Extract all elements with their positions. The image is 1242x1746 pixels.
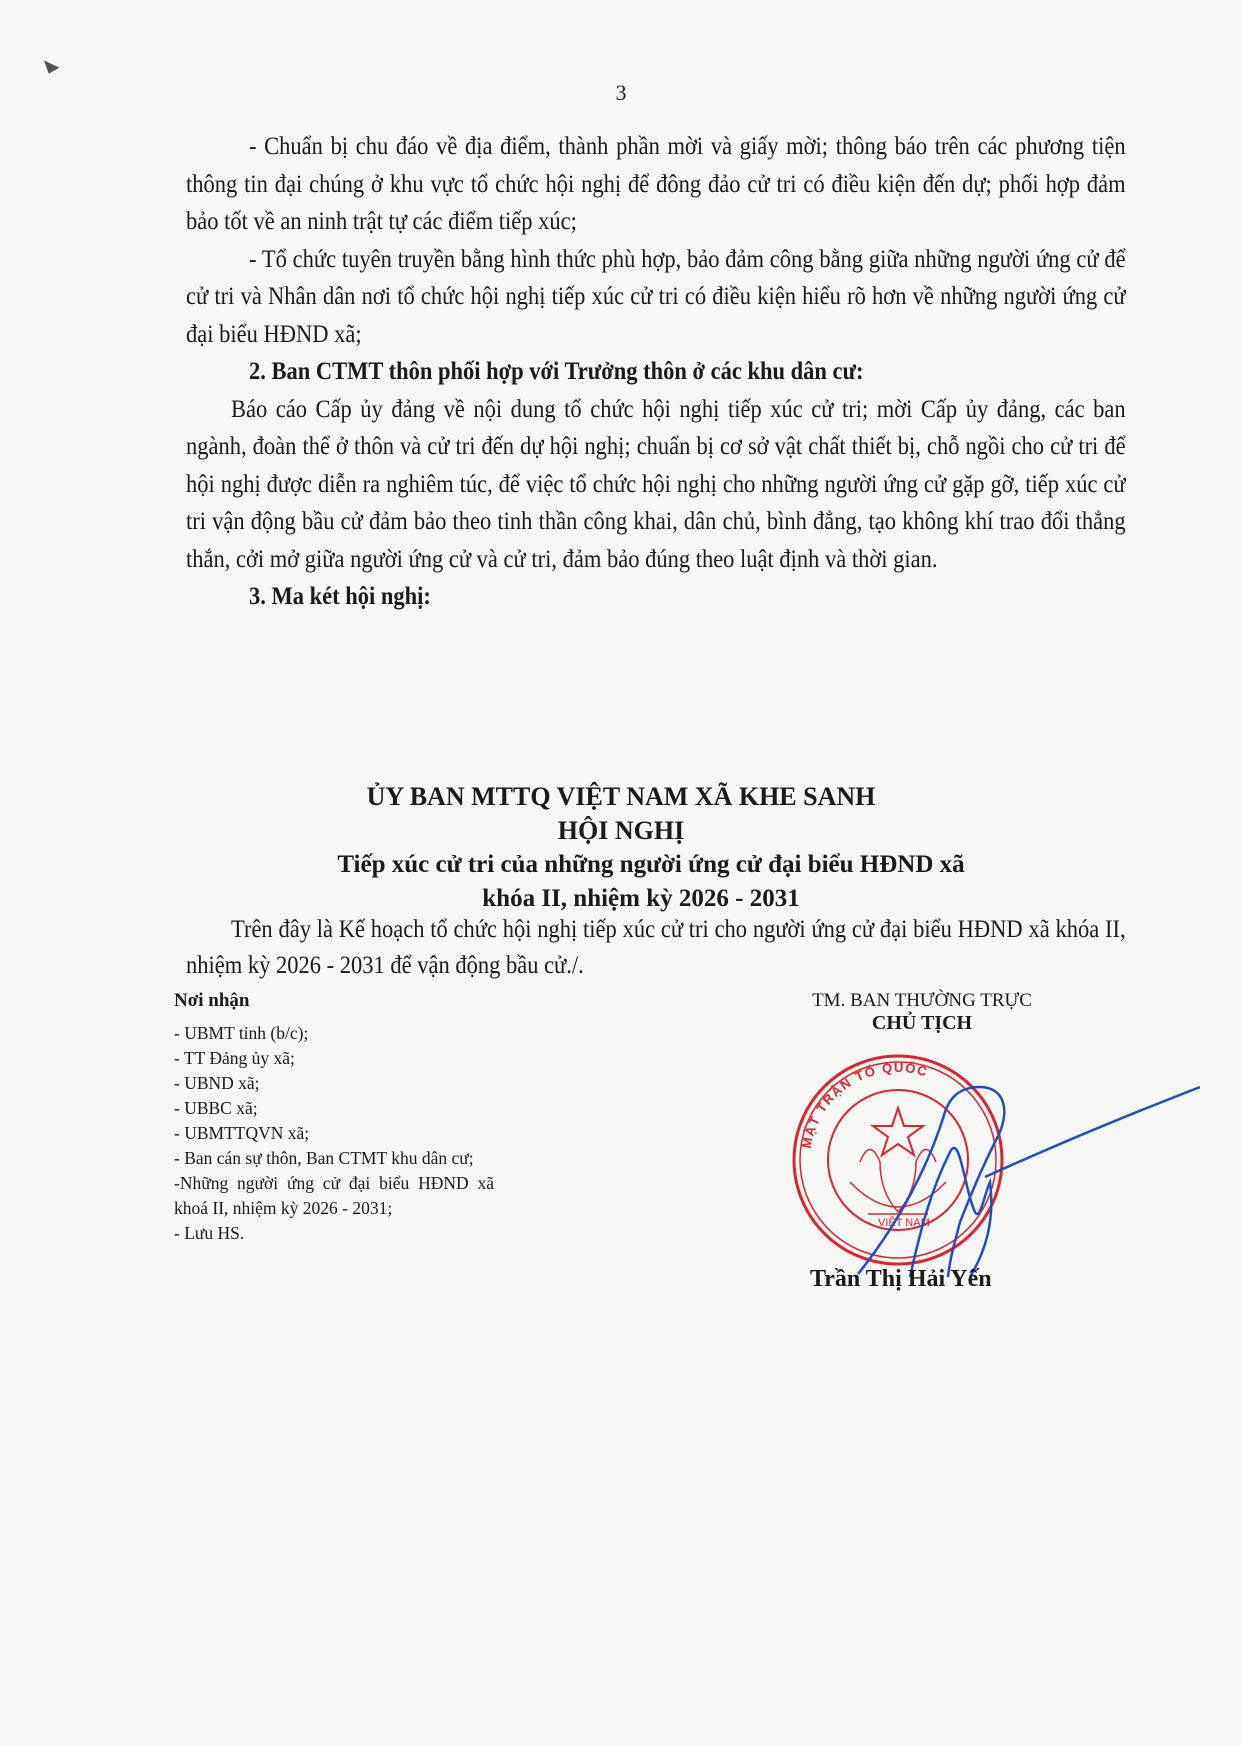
recipient-item: - UBBC xã; xyxy=(174,1096,494,1121)
banner-term: khóa II, nhiệm kỳ 2026 - 2031 xyxy=(0,882,1242,916)
banner-org: ỦY BAN MTTQ VIỆT NAM XÃ KHE SANH xyxy=(0,780,1242,814)
recipients-block: Nơi nhận - UBMT tỉnh (b/c); - TT Đảng ủy… xyxy=(174,988,494,1246)
section-2-heading: 2. Ban CTMT thôn phối hợp với Trưởng thô… xyxy=(186,353,1126,391)
body-section-1: - Chuẩn bị chu đáo về địa điểm, thành ph… xyxy=(186,128,1126,616)
signature-role: TM. BAN THƯỜNG TRỰC xyxy=(772,990,1072,1012)
closing-paragraph: Trên đây là Kế hoạch tổ chức hội nghị ti… xyxy=(186,912,1126,984)
handwritten-signature-icon xyxy=(858,1087,1200,1277)
banner-block: ỦY BAN MTTQ VIỆT NAM XÃ KHE SANH HỘI NGH… xyxy=(0,780,1242,916)
document-page: 3 - Chuẩn bị chu đáo về địa điểm, thành … xyxy=(0,0,1242,1746)
signature-block: TM. BAN THƯỜNG TRỰC CHỦ TỊCH MẶT TRẬN TỔ… xyxy=(760,990,1120,1035)
recipient-item: -Những người ứng cử đại biểu HĐND xã kho… xyxy=(174,1171,494,1221)
signer-name: Trần Thị Hải Yến xyxy=(810,1266,992,1293)
banner-title: HỘI NGHỊ xyxy=(0,814,1242,848)
recipient-item: - Ban cán sự thôn, Ban CTMT khu dân cư; xyxy=(174,1146,494,1171)
closing-text: Trên đây là Kế hoạch tổ chức hội nghị ti… xyxy=(186,912,1126,984)
recipient-item: - TT Đảng ủy xã; xyxy=(174,1046,494,1071)
recipient-item: - UBMT tỉnh (b/c); xyxy=(174,1021,494,1046)
banner-subtitle: Tiếp xúc cử tri của những người ứng cử đ… xyxy=(0,848,1242,882)
official-stamp-icon: MẶT TRẬN TỔ QUỐC VIỆT NAM xyxy=(780,1042,1200,1282)
recipients-title: Nơi nhận xyxy=(174,988,494,1013)
section-3-heading: 3. Ma két hội nghị: xyxy=(186,578,1126,616)
section-2-body: Báo cáo Cấp ủy đảng về nội dung tổ chức … xyxy=(186,391,1126,579)
recipient-item: - UBND xã; xyxy=(174,1071,494,1096)
signature-title: CHỦ TỊCH xyxy=(772,1012,1072,1035)
recipient-item: - UBMTTQVN xã; xyxy=(174,1121,494,1146)
bullet-paragraph: - Chuẩn bị chu đáo về địa điểm, thành ph… xyxy=(186,128,1126,241)
recipient-item: - Lưu HS. xyxy=(174,1221,494,1246)
bullet-paragraph: - Tổ chức tuyên truyền bằng hình thức ph… xyxy=(186,241,1126,354)
page-number: 3 xyxy=(0,80,1242,106)
scan-artifact-icon xyxy=(44,56,60,73)
